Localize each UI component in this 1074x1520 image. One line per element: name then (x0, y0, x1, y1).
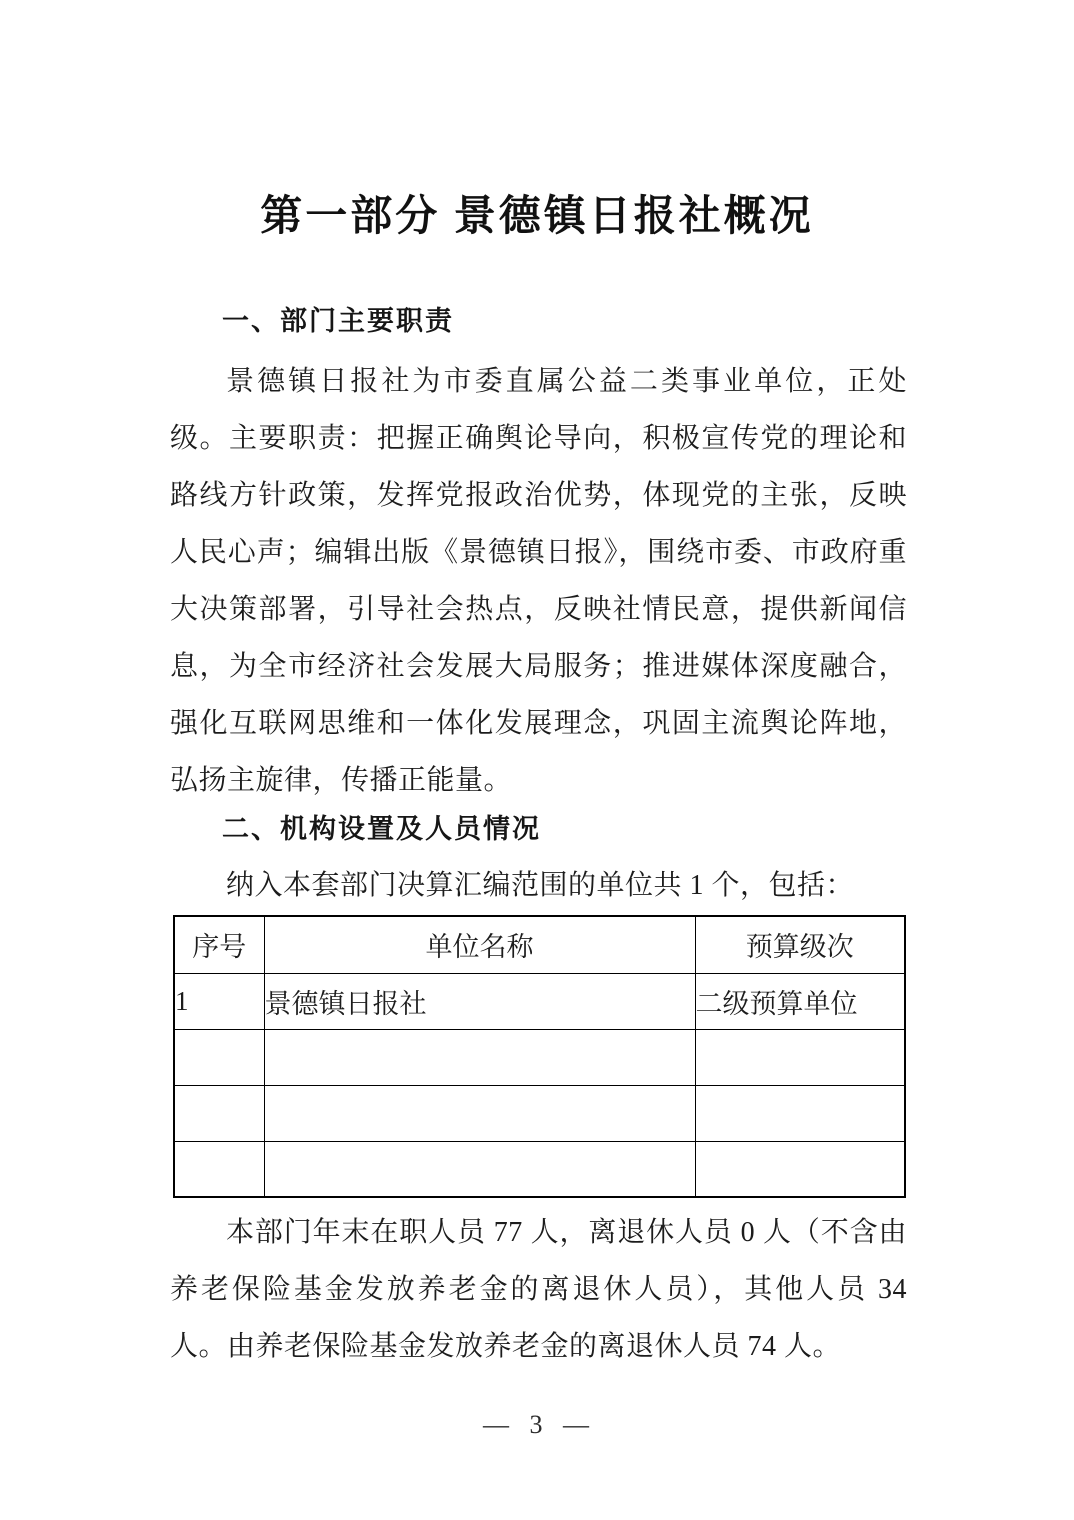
section-1-body-paragraph: 景德镇日报社为市委直属公益二类事业单位，正处级。主要职责：把握正确舆论导向，积极… (170, 353, 907, 809)
section-1-heading: 一、部门主要职责 (222, 304, 454, 338)
document-title: 第一部分 景德镇日报社概况 (0, 183, 1074, 243)
header-cell-unit-name: 单位名称 (264, 916, 695, 973)
cell-unit-name (264, 1085, 695, 1141)
cell-index (174, 1029, 264, 1085)
header-cell-index: 序号 (174, 916, 264, 973)
document-page: 第一部分 景德镇日报社概况 一、部门主要职责 景德镇日报社为市委直属公益二类事业… (0, 0, 1074, 1520)
cell-index (174, 1085, 264, 1141)
units-table: 序号 单位名称 预算级次 1 景德镇日报社 二级预算单位 (173, 915, 906, 1198)
cell-unit-name (264, 1029, 695, 1085)
table-row (174, 1141, 905, 1197)
cell-budget-level (695, 1085, 905, 1141)
cell-budget-level (695, 1029, 905, 1085)
section-2-closing-paragraph: 本部门年末在职人员 77 人，离退休人员 0 人（不含由养老保险基金发放养老金的… (170, 1204, 907, 1375)
cell-index (174, 1141, 264, 1197)
cell-unit-name: 景德镇日报社 (264, 973, 695, 1029)
header-cell-budget-level: 预算级次 (695, 916, 905, 973)
page-number: — 3 — (0, 1410, 1074, 1440)
units-table-header-row: 序号 单位名称 预算级次 (174, 916, 905, 973)
section-2-heading: 二、机构设置及人员情况 (222, 812, 541, 846)
table-row (174, 1029, 905, 1085)
cell-unit-name (264, 1141, 695, 1197)
cell-budget-level (695, 1141, 905, 1197)
section-2-intro-paragraph: 纳入本套部门决算汇编范围的单位共 1 个，包括： (170, 857, 907, 914)
cell-index: 1 (174, 973, 264, 1029)
table-row (174, 1085, 905, 1141)
cell-budget-level: 二级预算单位 (695, 973, 905, 1029)
table-row: 1 景德镇日报社 二级预算单位 (174, 973, 905, 1029)
